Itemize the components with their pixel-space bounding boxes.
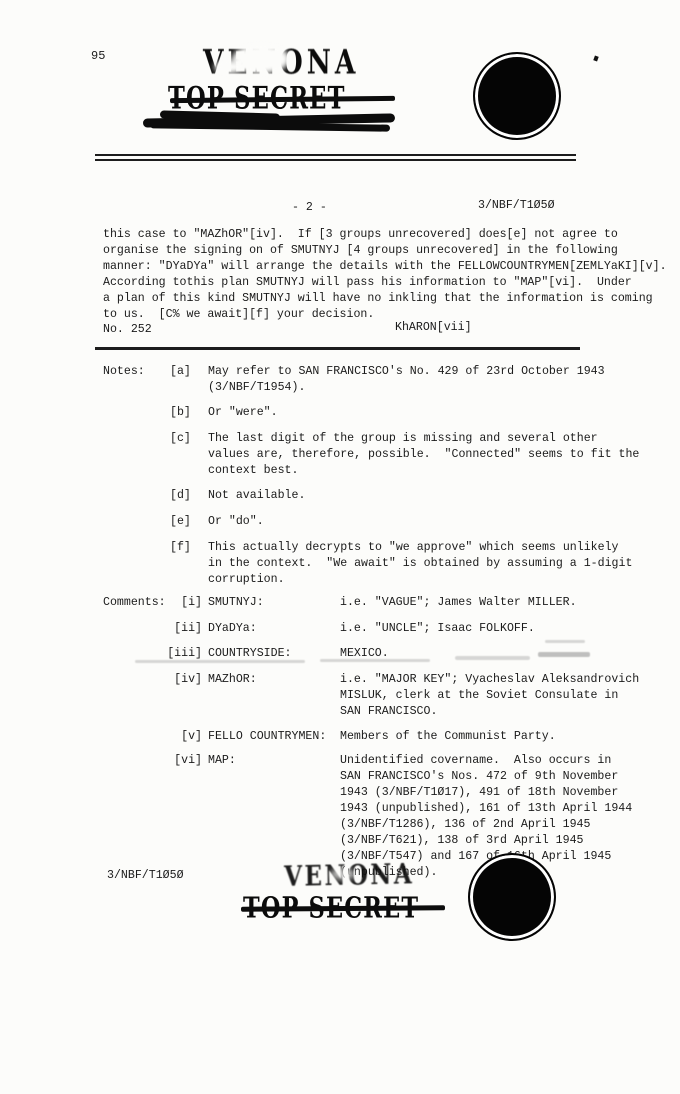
redaction-circle-top xyxy=(473,52,561,140)
page-number: 95 xyxy=(91,48,105,64)
divider-double-top xyxy=(95,154,576,156)
comment-tag: [ii] xyxy=(150,621,202,637)
divider-double-bottom xyxy=(95,159,576,161)
comment-definition: i.e. "VAGUE"; James Walter MILLER. xyxy=(340,595,577,611)
note-text: Not available. xyxy=(208,488,305,504)
comment-term: DYaDYa: xyxy=(208,621,257,637)
comment-definition: i.e. "MAJOR KEY"; Vyacheslav Aleksandrov… xyxy=(340,672,639,720)
document-reference-header: 3/NBF/T1Ø5Ø xyxy=(478,198,555,214)
divider-mid xyxy=(95,347,580,350)
scan-smudge xyxy=(455,656,530,660)
page-marker: - 2 - xyxy=(292,200,327,216)
comment-term: SMUTNYJ: xyxy=(208,595,264,611)
note-text: Or "do". xyxy=(208,514,264,530)
note-tag: [f] xyxy=(170,540,191,556)
scan-smudge xyxy=(135,660,305,663)
body-paragraph: this case to "MAZhOR"[iv]. If [3 groups … xyxy=(103,227,667,323)
ink-speck xyxy=(593,55,598,61)
note-tag: [d] xyxy=(170,488,191,504)
stamp-obscure-blot xyxy=(330,868,356,880)
note-tag: [b] xyxy=(170,405,191,421)
note-text: Or "were". xyxy=(208,405,278,421)
comment-term: FELLO COUNTRYMEN: xyxy=(208,729,326,745)
scan-smudge xyxy=(545,640,585,643)
note-tag: [c] xyxy=(170,431,191,447)
scan-smudge xyxy=(538,652,590,657)
comment-definition: Members of the Communist Party. xyxy=(340,729,556,745)
note-text: May refer to SAN FRANCISCO's No. 429 of … xyxy=(208,364,605,396)
redaction-circle-bottom xyxy=(468,853,556,941)
document-page: 95 VENONA TOP SECRET - 2 - 3/NBF/T1Ø5Ø t… xyxy=(0,0,680,1094)
comment-tag: [vi] xyxy=(150,753,202,769)
comment-term: MAP: xyxy=(208,753,236,769)
stamp-obscure-blot xyxy=(214,60,244,74)
message-number: No. 252 xyxy=(103,322,152,338)
notes-label: Notes: xyxy=(103,364,145,380)
comment-definition: i.e. "UNCLE"; Isaac FOLKOFF. xyxy=(340,621,535,637)
comment-tag: [iv] xyxy=(150,672,202,688)
document-reference-footer: 3/NBF/T1Ø5Ø xyxy=(107,868,184,884)
note-tag: [a] xyxy=(170,364,191,380)
comment-tag: [i] xyxy=(150,595,202,611)
scan-smudge xyxy=(320,659,430,662)
signature-name: KhARON[vii] xyxy=(395,320,472,336)
comment-term: MAZhOR: xyxy=(208,672,257,688)
note-tag: [e] xyxy=(170,514,191,530)
note-text: The last digit of the group is missing a… xyxy=(208,431,639,479)
note-text: This actually decrypts to "we approve" w… xyxy=(208,540,632,588)
comment-tag: [v] xyxy=(150,729,202,745)
